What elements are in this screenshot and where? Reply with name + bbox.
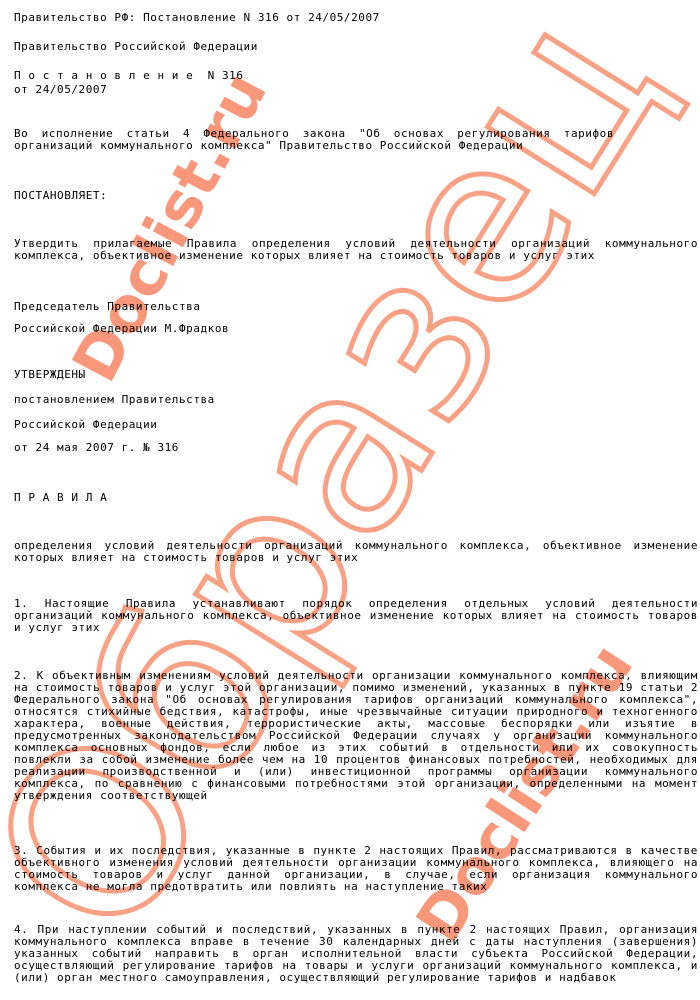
signature-name: Российской Федерации М.Фрадков [14,323,698,335]
rules-title: П Р А В И Л А [14,492,698,504]
government-line: Правительство Российской Федерации [14,41,698,53]
rules-item-4: 4. При наступлении событий и последствий… [14,924,698,984]
rules-item-3: 3. События и их последствия, указанные в… [14,845,698,893]
rules-item-2: 2. К объективным изменениям условий деят… [14,670,698,802]
approved-by-line-1: постановлением Правительства [14,394,698,406]
doc-header-line: Правительство РФ: Постановление N 316 от… [14,12,698,24]
approved-by-line-2: Российской Федерации [14,419,698,431]
resolution-title: П о с т а н о в л е н и е N 316 [14,70,698,82]
signature-role: Председатель Правительства [14,301,698,313]
approved-label: УТВЕРЖДЕНЫ [14,369,698,381]
rules-item-1: 1. Настоящие Правила устанавливают поряд… [14,598,698,634]
rules-subtitle: определения условий деятельности организ… [14,540,698,564]
preamble-paragraph: Во исполнение статьи 4 Федерального зако… [14,128,614,152]
decree-word: ПОСТАНОВЛЯЕТ: [14,190,698,202]
decree-paragraph: Утвердить прилагаемые Правила определени… [14,238,698,262]
resolution-date: от 24/05/2007 [14,84,698,96]
document-page: Образец Doclist.ru Doclist.ru Правительс… [0,0,700,1000]
approved-date: от 24 мая 2007 г. № 316 [14,442,698,454]
